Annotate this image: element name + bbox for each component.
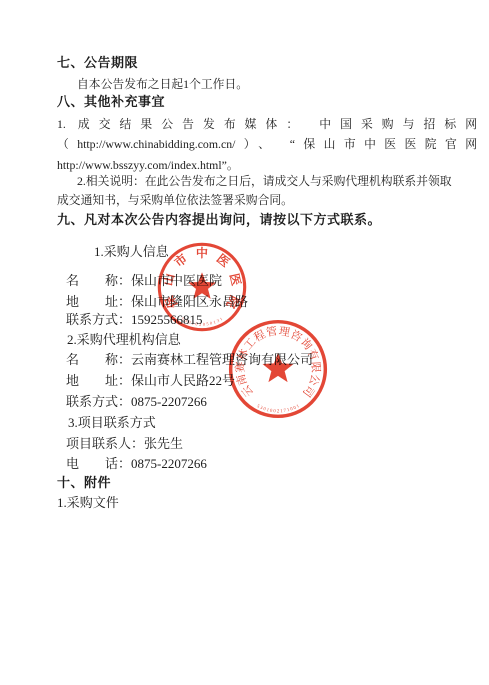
purchaser-name-row: 名 称：保山市中医医院 (66, 273, 222, 289)
project-contact-row: 项目联系人：张先生 (66, 436, 183, 452)
svg-text:1: 1 (287, 408, 291, 414)
svg-text:1: 1 (296, 404, 301, 410)
svg-text:0: 0 (290, 407, 294, 413)
field-label: 名 称： (66, 273, 131, 288)
svg-text:0: 0 (273, 409, 276, 414)
section-10-heading: 十、附件 (57, 475, 111, 491)
section-8-heading: 八、其他补充事宜 (57, 94, 165, 110)
media-line-3-url: http://www.bsszyy.com/index.html”。 (57, 158, 239, 172)
project-contact-title: 3.项目联系方式 (68, 415, 156, 431)
svg-text:云: 云 (239, 383, 256, 400)
svg-text:0: 0 (262, 407, 266, 413)
seal-graphic: 云南赛林工程管理咨询有限公司5301002171001 (227, 318, 329, 420)
svg-text:2: 2 (277, 409, 280, 414)
svg-text:0: 0 (269, 409, 273, 414)
svg-text:5: 5 (256, 404, 261, 410)
field-label: 电 话： (66, 456, 131, 471)
field-label: 名 称： (66, 352, 131, 367)
svg-text:1: 1 (219, 316, 223, 321)
field-value: 0875-2207266 (131, 456, 207, 471)
svg-text:7: 7 (283, 409, 287, 414)
svg-text:0: 0 (209, 320, 212, 325)
field-label: 联系方式： (66, 312, 131, 327)
agency-seal: 云南赛林工程管理咨询有限公司5301002171001 (227, 318, 329, 420)
field-value: 0875-2207266 (131, 394, 207, 409)
svg-text:咨: 咨 (288, 328, 304, 345)
svg-text:工: 工 (241, 336, 258, 353)
svg-text:1: 1 (266, 408, 270, 414)
agency-contact-row: 联系方式：0875-2207266 (66, 394, 207, 410)
svg-text:5: 5 (206, 321, 209, 326)
svg-text:3: 3 (259, 406, 264, 412)
svg-text:公: 公 (306, 373, 321, 387)
svg-text:1: 1 (213, 319, 217, 324)
attachment-item: 1.采购文件 (57, 495, 119, 511)
purchaser-info-title: 1.采购人信息 (94, 244, 169, 260)
note-line-2: 成交通知书，与采购单位依法签署采购合同。 (57, 193, 293, 207)
document-page: 七、公告期限 自本公告发布之日起1个工作日。 八、其他补充事宜 1. 成交结果公… (0, 0, 489, 685)
svg-text:3: 3 (216, 318, 220, 323)
svg-text:0: 0 (293, 405, 298, 411)
field-label: 联系方式： (66, 394, 131, 409)
note-line-1: 2.相关说明：在此公告发布之日后，请成交人与采购代理机构联系并领取 (77, 174, 452, 188)
svg-text:程: 程 (251, 327, 267, 345)
agency-address-row: 地 址：保山市人民路22号 (66, 373, 235, 389)
svg-text:管: 管 (265, 324, 278, 340)
svg-text:0: 0 (203, 322, 205, 327)
section-7-heading: 七、公告期限 (57, 55, 138, 71)
field-label: 地 址： (66, 294, 131, 309)
field-label: 项目联系人： (66, 436, 144, 451)
field-label: 地 址： (66, 373, 131, 388)
purchaser-address-row: 地 址：保山市隆阳区永昌路 (66, 294, 248, 310)
svg-text:中: 中 (196, 245, 208, 260)
field-value: 云南赛林工程管理咨询有限公司 (131, 352, 313, 367)
field-value: 15925566815 (131, 312, 203, 327)
section-7-body: 自本公告发布之日起1个工作日。 (77, 77, 248, 91)
field-value: 保山市隆阳区永昌路 (131, 294, 248, 309)
svg-text:医: 医 (214, 251, 233, 270)
media-line-1: 1. 成交结果公告发布媒体： 中国采购与招标网 (57, 117, 477, 131)
agency-info-title: 2.采购代理机构信息 (67, 332, 181, 348)
svg-text:理: 理 (278, 325, 291, 340)
svg-text:医: 医 (227, 272, 244, 287)
purchaser-contact-row: 联系方式：15925566815 (66, 312, 203, 328)
project-phone-row: 电 话：0875-2207266 (66, 456, 207, 472)
svg-text:市: 市 (171, 251, 190, 270)
field-value: 张先生 (144, 436, 183, 451)
agency-name-row: 名 称：云南赛林工程管理咨询有限公司 (66, 352, 313, 368)
field-value: 保山市中医医院 (131, 273, 222, 288)
svg-text:询: 询 (298, 336, 315, 353)
svg-text:南: 南 (234, 373, 250, 387)
media-line-2: （http://www.chinabidding.com.cn/）、 “保山市中… (57, 137, 477, 151)
svg-text:1: 1 (280, 409, 283, 414)
section-9-heading: 九、凡对本次公告内容提出询问，请按以下方式联系。 (57, 212, 381, 228)
field-value: 保山市人民路22号 (131, 373, 235, 388)
svg-text:司: 司 (300, 383, 317, 400)
